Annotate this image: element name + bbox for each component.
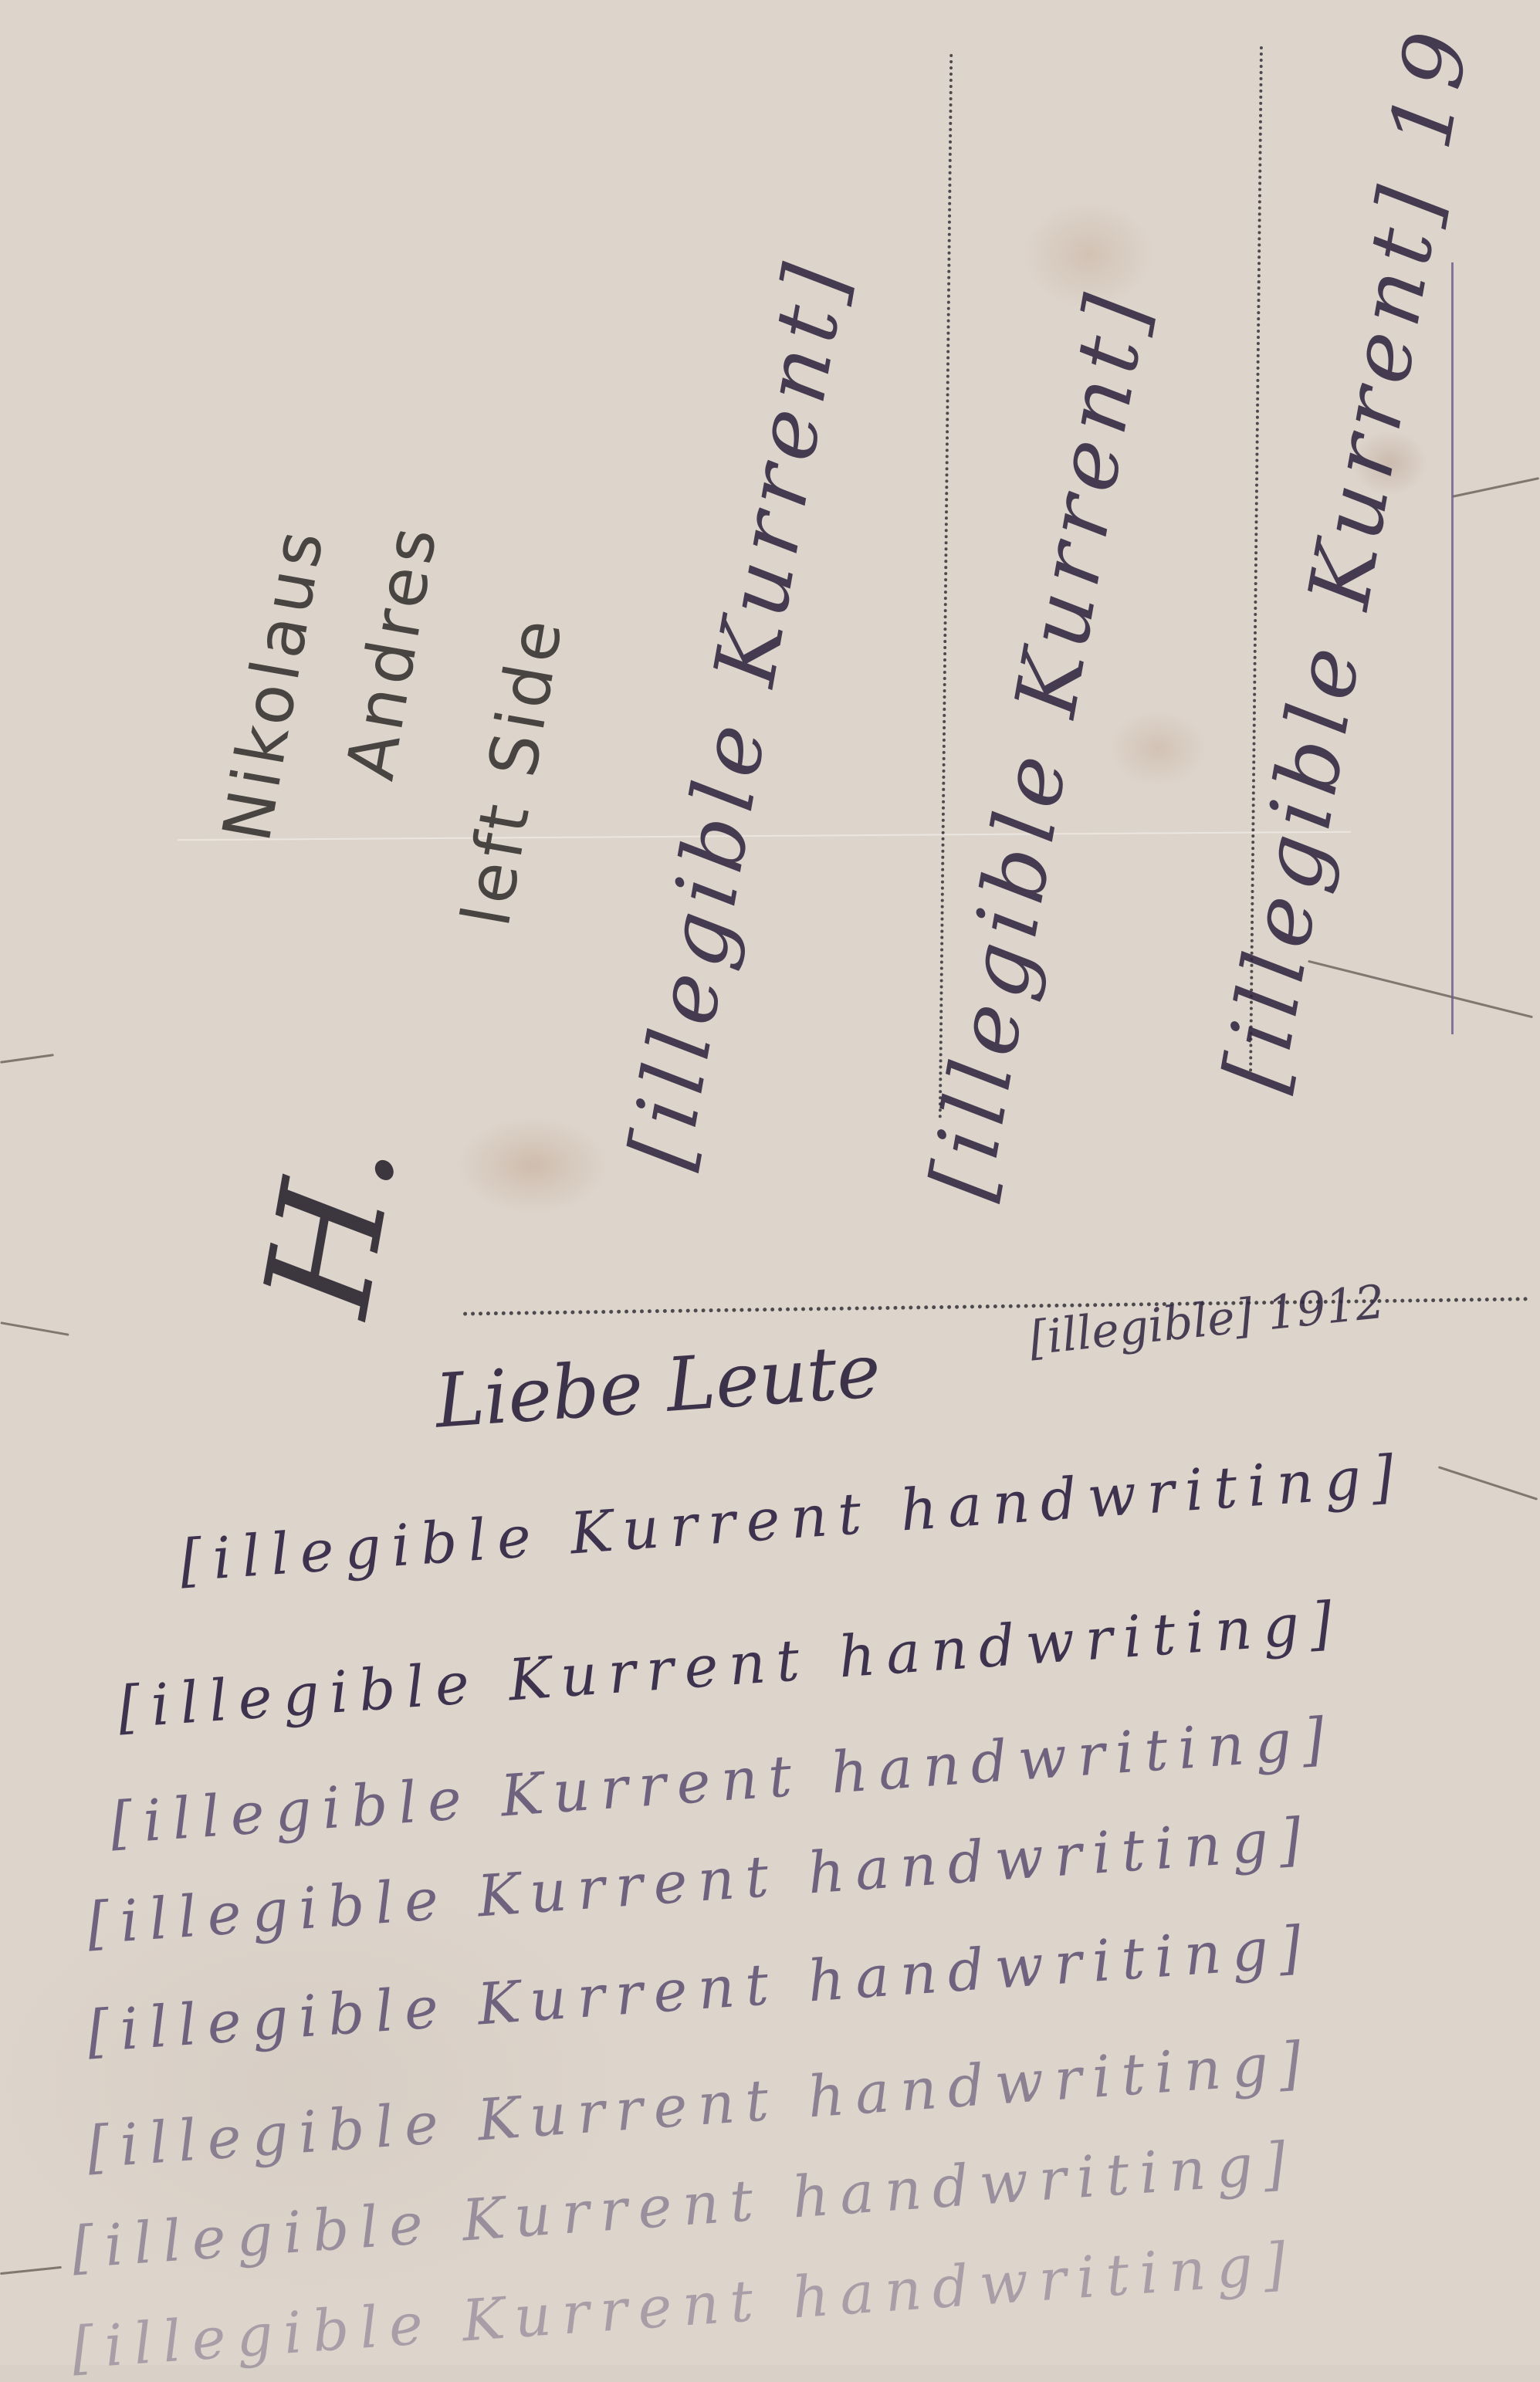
message-line-1: [illegible Kurrent handwriting] bbox=[178, 1443, 1406, 1595]
address-line-3: [illegible Kurrent] 19 bbox=[1204, 18, 1489, 1098]
message-date: [illegible] 1912 bbox=[1027, 1275, 1387, 1366]
crease-right-2 bbox=[1308, 960, 1533, 1018]
pencil-note-line-2: Andres bbox=[332, 517, 453, 785]
address-line-1: [illegible Kurrent] bbox=[610, 250, 867, 1175]
pencil-note-line-1: Nikolaus bbox=[208, 521, 340, 848]
crease-left-1 bbox=[0, 1054, 54, 1064]
crease-right-1 bbox=[1452, 477, 1539, 498]
crease-right-3 bbox=[1438, 1466, 1538, 1501]
postcard-back: Nikolaus Andres left Side H. [illegible … bbox=[0, 0, 1540, 2365]
crease-left-3 bbox=[0, 2266, 62, 2275]
crease-left-2 bbox=[0, 1321, 69, 1336]
pencil-note-line-3: left Side bbox=[448, 610, 578, 932]
address-salutation: H. bbox=[232, 1125, 430, 1326]
message-greeting: Liebe Leute bbox=[432, 1328, 883, 1445]
address-line-2: [illegible Kurrent] bbox=[911, 281, 1168, 1206]
address-guide-3 bbox=[1451, 262, 1454, 1034]
